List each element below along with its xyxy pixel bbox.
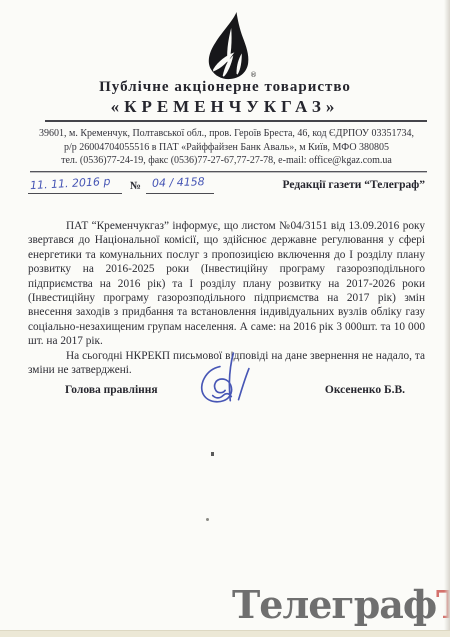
scan-speck — [206, 518, 209, 521]
recipient: Редакції газети “Телеграф” — [283, 179, 425, 191]
signature-row: Голова правління Оксененко Б.В. — [65, 384, 405, 396]
telegraf-watermark: ТелеграфЪ — [232, 582, 450, 627]
scanned-letter-page: ® Публічне акціонерне товариство «КРЕМЕН… — [0, 0, 450, 637]
address-line-2: р/р 26004704055516 в ПАТ «Райффайзен Бан… — [28, 141, 425, 155]
flame-icon — [203, 11, 253, 81]
header-divider-bottom — [30, 171, 427, 172]
signatory-title: Голова правління — [65, 384, 158, 396]
organization-name: «КРЕМЕНЧУКГАЗ» — [0, 97, 450, 117]
scan-speck — [211, 452, 214, 456]
scan-bottom-edge — [0, 630, 450, 637]
number-sign: № — [130, 180, 141, 192]
signatory-name: Оксененко Б.В. — [325, 384, 405, 396]
scan-edge-shadow — [444, 0, 450, 637]
watermark-text-gray: Телеграф — [232, 582, 436, 627]
header-divider-top — [45, 120, 427, 122]
handwritten-number: 04 / 4158 — [152, 175, 205, 190]
registered-trademark-symbol: ® — [250, 71, 257, 79]
flame-logo: ® — [203, 11, 253, 81]
address-line-3: тел. (0536)77-24-19, факс (0536)77-27-67… — [28, 154, 425, 168]
body-paragraph-1: ПАТ “Кременчукгаз” інформує, що листом №… — [28, 219, 425, 349]
handwritten-signature — [192, 352, 252, 406]
outgoing-number-field: 04 / 4158 — [146, 175, 214, 194]
reference-row: 11. 11. 2016 р № 04 / 4158 Редакції газе… — [28, 175, 425, 199]
address-line-1: 39601, м. Кременчук, Полтавської обл., п… — [28, 127, 425, 141]
date-field: 11. 11. 2016 р — [28, 175, 122, 194]
organization-type: Публічне акціонерне товариство — [0, 79, 450, 96]
handwritten-date: 11. 11. 2016 р — [30, 175, 111, 192]
address-block: 39601, м. Кременчук, Полтавської обл., п… — [28, 127, 425, 168]
